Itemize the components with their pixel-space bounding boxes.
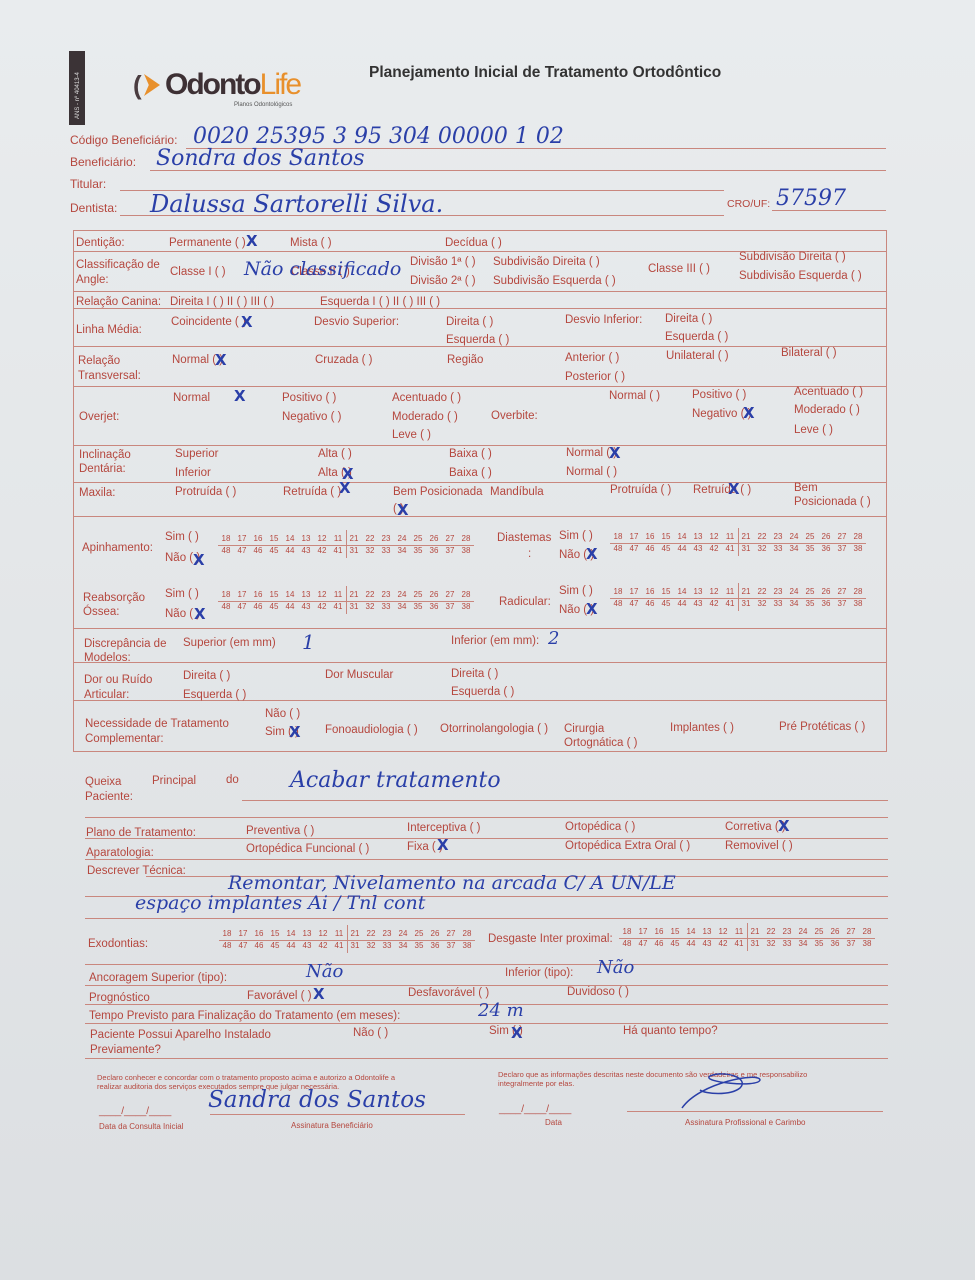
tooth-number[interactable]: 31: [347, 940, 363, 952]
divider: [85, 817, 888, 818]
dor-articular-esquerda-option[interactable]: Esquerda ( ): [183, 689, 246, 702]
tooth-number[interactable]: 48: [619, 938, 635, 950]
tooth-number[interactable]: 24: [786, 586, 802, 598]
tooth-number[interactable]: 14: [683, 926, 699, 938]
angle-div1-option[interactable]: Divisão 1ª ( ): [410, 256, 476, 269]
data-consulta-field[interactable]: ____/____/____: [99, 1105, 171, 1118]
tooth-number[interactable]: 37: [843, 938, 859, 950]
tooth-number[interactable]: 33: [770, 598, 786, 610]
tooth-number[interactable]: 42: [706, 543, 722, 555]
angle-classe3-option[interactable]: Classe III ( ): [648, 263, 710, 276]
tooth-number[interactable]: 23: [770, 586, 786, 598]
angle-sub-esq-option[interactable]: Subdivisão Esquerda ( ): [493, 275, 616, 288]
prognostico-desfavoravel-option[interactable]: Desfavorável ( ): [408, 987, 489, 1000]
tooth-number[interactable]: 37: [443, 940, 459, 952]
complementar-nao-option[interactable]: Não ( ): [265, 708, 300, 721]
overjet-label: Overjet:: [79, 411, 119, 424]
tooth-number[interactable]: 48: [610, 543, 626, 555]
tooth-number[interactable]: 28: [458, 533, 474, 545]
dentista-field[interactable]: Dalussa Sartorelli Silva.: [150, 190, 443, 218]
divider: [85, 838, 888, 839]
tooth-number[interactable]: 43: [690, 543, 706, 555]
tooth-number[interactable]: 25: [811, 926, 827, 938]
tooth-number[interactable]: 32: [363, 940, 379, 952]
cro-field[interactable]: 57597: [776, 186, 846, 211]
tooth-number[interactable]: 38: [459, 940, 475, 952]
tempo-field[interactable]: 24 m: [478, 1000, 524, 1021]
angle-classe3-sub-esq-option[interactable]: Subdivisão Esquerda ( ): [739, 270, 862, 283]
aparatologia-funcional-option[interactable]: Ortopédica Funcional ( ): [246, 843, 369, 856]
ancoragem-superior-label: Ancoragem Superior (tipo):: [89, 972, 227, 985]
desgaste-label: Desgaste Inter proximal:: [488, 933, 613, 946]
tooth-number[interactable]: 36: [426, 545, 442, 557]
tooth-number[interactable]: 46: [250, 545, 266, 557]
ancoragem-superior-field[interactable]: Não: [306, 961, 343, 982]
tooth-number[interactable]: 36: [427, 940, 443, 952]
overbite-positivo-option[interactable]: Positivo ( ): [692, 389, 746, 402]
tooth-number[interactable]: 46: [250, 601, 266, 613]
tooth-number[interactable]: 21: [347, 928, 363, 940]
divider: [85, 1023, 888, 1024]
tooth-number[interactable]: 37: [442, 601, 458, 613]
reabsorcao-sim-option[interactable]: Sim ( ): [165, 588, 199, 601]
tooth-number[interactable]: 26: [426, 589, 442, 601]
tooth-number[interactable]: 12: [315, 928, 331, 940]
tooth-number[interactable]: 15: [658, 531, 674, 543]
tooth-number[interactable]: 45: [266, 545, 282, 557]
tooth-number[interactable]: 36: [426, 601, 442, 613]
tooth-number[interactable]: 42: [706, 598, 722, 610]
tooth-number[interactable]: 24: [795, 926, 811, 938]
tooth-number[interactable]: 17: [234, 589, 250, 601]
transversal-unilateral-option[interactable]: Unilateral ( ): [666, 350, 729, 363]
tooth-number[interactable]: 21: [346, 589, 362, 601]
tooth-number[interactable]: 45: [267, 940, 283, 952]
tooth-number[interactable]: 28: [850, 586, 866, 598]
tooth-number[interactable]: 13: [690, 531, 706, 543]
tooth-number[interactable]: 11: [330, 533, 346, 545]
transversal-anterior-option[interactable]: Anterior ( ): [565, 352, 619, 365]
tooth-number[interactable]: 24: [395, 928, 411, 940]
angle-handwritten-note: Não classificado: [244, 258, 401, 280]
tooth-number[interactable]: 16: [250, 533, 266, 545]
maxila-retruida-option[interactable]: Retruída ( ): [283, 486, 341, 499]
desvio-inf-direita-option[interactable]: Direita ( ): [665, 313, 712, 326]
tooth-number[interactable]: 41: [722, 598, 738, 610]
maxila-protruida-option[interactable]: Protruída ( ): [175, 486, 236, 499]
desvio-inf-esquerda-option[interactable]: Esquerda ( ): [665, 331, 728, 344]
aparatologia-extra-oral-option[interactable]: Ortopédica Extra Oral ( ): [565, 840, 690, 853]
linha-media-coincidente-option[interactable]: Coincidente ( ): [171, 316, 246, 329]
tooth-number[interactable]: 43: [690, 598, 706, 610]
tooth-number[interactable]: 34: [395, 940, 411, 952]
tooth-number[interactable]: 44: [674, 598, 690, 610]
tooth-number[interactable]: 33: [379, 940, 395, 952]
tooth-number[interactable]: 42: [314, 601, 330, 613]
overbite-acentuado-option[interactable]: Acentuado ( ): [794, 386, 863, 399]
tecnica-line-2[interactable]: espaço implantes Ai / Tnl cont: [135, 892, 425, 914]
queixa-field[interactable]: Acabar tratamento: [290, 768, 501, 793]
data-profissional-field[interactable]: ____/____/____: [499, 1103, 571, 1116]
tooth-number[interactable]: 32: [763, 938, 779, 950]
tooth-number[interactable]: 41: [331, 940, 347, 952]
overjet-acentuado-option[interactable]: Acentuado ( ): [392, 392, 461, 405]
desgaste-teeth-chart[interactable]: 1817161514131211212223242526272848474645…: [619, 926, 875, 950]
tooth-number[interactable]: 13: [299, 928, 315, 940]
tooth-number[interactable]: 16: [251, 928, 267, 940]
prognostico-favoravel-option[interactable]: Favorável ( ): [247, 990, 312, 1003]
transversal-posterior-option[interactable]: Posterior ( ): [565, 371, 625, 384]
tooth-number[interactable]: 32: [362, 601, 378, 613]
tooth-number[interactable]: 27: [442, 533, 458, 545]
tooth-number[interactable]: 46: [251, 940, 267, 952]
tooth-number[interactable]: 46: [642, 598, 658, 610]
tooth-number[interactable]: 16: [651, 926, 667, 938]
discrepancia-superior-field[interactable]: 1: [302, 630, 315, 654]
tooth-number[interactable]: 45: [266, 601, 282, 613]
tooth-number[interactable]: 21: [747, 926, 763, 938]
tooth-number[interactable]: 14: [674, 531, 690, 543]
tooth-number[interactable]: 48: [218, 545, 234, 557]
tooth-number[interactable]: 22: [763, 926, 779, 938]
tooth-number[interactable]: 32: [362, 545, 378, 557]
aparelho-label: Paciente Possui Aparelho Instalado: [90, 1029, 271, 1042]
tooth-number[interactable]: 47: [626, 543, 642, 555]
inclinacao-sup-alta-option[interactable]: Alta ( ): [318, 448, 352, 461]
logo-arrow-icon: [144, 74, 160, 96]
tooth-number[interactable]: 43: [298, 601, 314, 613]
tooth-number[interactable]: 44: [283, 940, 299, 952]
desvio-inferior-label: Desvio Inferior:: [565, 314, 642, 327]
assinatura-beneficiario-label: Assinatura Beneficiário: [291, 1119, 373, 1132]
tooth-number[interactable]: 48: [218, 601, 234, 613]
plano-corretiva-option[interactable]: Corretiva ( ): [725, 821, 786, 834]
tooth-number[interactable]: 37: [442, 545, 458, 557]
desvio-sup-direita-option[interactable]: Direita ( ): [446, 316, 493, 329]
tooth-number[interactable]: 33: [378, 601, 394, 613]
denticao-decidua-option[interactable]: Decídua ( ): [445, 237, 502, 250]
reabsorcao-teeth-chart[interactable]: 1817161514131211212223242526272848474645…: [218, 589, 474, 613]
maxila-label: Maxila:: [79, 487, 115, 500]
angle-sub-dir-option[interactable]: Subdivisão Direita ( ): [493, 256, 600, 269]
tooth-number[interactable]: 24: [394, 589, 410, 601]
tooth-number[interactable]: 17: [234, 533, 250, 545]
inclinacao-sup-baixa-option[interactable]: Baixa ( ): [449, 448, 492, 461]
tooth-number[interactable]: 42: [315, 940, 331, 952]
angle-classe1-option[interactable]: Classe I ( ): [170, 266, 226, 279]
tooth-number[interactable]: 18: [218, 589, 234, 601]
overjet-moderado-option[interactable]: Moderado ( ): [392, 411, 458, 424]
tooth-number[interactable]: 35: [410, 545, 426, 557]
tooth-number[interactable]: 15: [667, 926, 683, 938]
tooth-number[interactable]: 34: [795, 938, 811, 950]
overbite-normal-option[interactable]: Normal ( ): [609, 390, 660, 403]
tooth-number[interactable]: 15: [266, 533, 282, 545]
tooth-number[interactable]: 18: [218, 533, 234, 545]
assinatura-beneficiario-field[interactable]: Sandra dos Santos: [208, 1087, 426, 1113]
tooth-number[interactable]: 26: [426, 533, 442, 545]
denticao-mista-option[interactable]: Mista ( ): [290, 237, 332, 250]
tooth-number[interactable]: 27: [843, 926, 859, 938]
tooth-number[interactable]: 27: [443, 928, 459, 940]
tooth-number[interactable]: 44: [282, 601, 298, 613]
tooth-number[interactable]: 23: [378, 533, 394, 545]
tooth-number[interactable]: 25: [802, 586, 818, 598]
diastemas-teeth-chart[interactable]: 1817161514131211212223242526272848474645…: [610, 531, 866, 555]
tooth-number[interactable]: 32: [754, 543, 770, 555]
tooth-number[interactable]: 16: [642, 586, 658, 598]
tooth-number[interactable]: 16: [250, 589, 266, 601]
tooth-number[interactable]: 13: [298, 533, 314, 545]
plano-ortopedica-option[interactable]: Ortopédica ( ): [565, 821, 635, 834]
tooth-number[interactable]: 18: [219, 928, 235, 940]
tooth-number[interactable]: 42: [314, 545, 330, 557]
tooth-number[interactable]: 33: [779, 938, 795, 950]
tooth-number[interactable]: 35: [411, 940, 427, 952]
tooth-number[interactable]: 13: [690, 586, 706, 598]
tooth-number[interactable]: 41: [722, 543, 738, 555]
apinhamento-teeth-chart[interactable]: 1817161514131211212223242526272848474645…: [218, 533, 474, 557]
tooth-number[interactable]: 41: [330, 601, 346, 613]
pre-proteticas-option[interactable]: Pré Protéticas ( ): [779, 721, 865, 734]
radicular-teeth-chart[interactable]: 1817161514131211212223242526272848474645…: [610, 586, 866, 610]
tooth-number[interactable]: 24: [786, 531, 802, 543]
tooth-number[interactable]: 25: [410, 589, 426, 601]
tooth-number[interactable]: 24: [394, 533, 410, 545]
tooth-number[interactable]: 15: [267, 928, 283, 940]
tooth-number[interactable]: 38: [458, 545, 474, 557]
check-mark-icon: X: [246, 234, 258, 249]
tooth-number[interactable]: 35: [811, 938, 827, 950]
exodontias-teeth-chart[interactable]: 1817161514131211212223242526272848474645…: [219, 928, 475, 952]
tooth-number[interactable]: 34: [786, 543, 802, 555]
tooth-number[interactable]: 28: [459, 928, 475, 940]
tooth-number[interactable]: 27: [442, 589, 458, 601]
tooth-number[interactable]: 26: [818, 531, 834, 543]
page-title: Planejamento Inicial de Tratamento Ortod…: [369, 64, 721, 82]
tooth-number[interactable]: 17: [626, 586, 642, 598]
aparatologia-removivel-option[interactable]: Removivel ( ): [725, 840, 793, 853]
tooth-number[interactable]: 43: [298, 545, 314, 557]
tooth-number[interactable]: 11: [731, 926, 747, 938]
tooth-number[interactable]: 12: [715, 926, 731, 938]
tooth-number[interactable]: 12: [314, 589, 330, 601]
tooth-number[interactable]: 31: [346, 601, 362, 613]
tooth-number[interactable]: 34: [394, 545, 410, 557]
maxila-bem-posicionada-option[interactable]: Bem Posicionada: [393, 486, 483, 499]
transversal-cruzada-option[interactable]: Cruzada ( ): [315, 354, 373, 367]
overjet-normal-option[interactable]: Normal: [173, 392, 210, 405]
tooth-number[interactable]: 38: [850, 543, 866, 555]
tooth-number[interactable]: 44: [683, 938, 699, 950]
tooth-number[interactable]: 38: [850, 598, 866, 610]
tooth-number[interactable]: 44: [674, 543, 690, 555]
tooth-number[interactable]: 18: [610, 531, 626, 543]
tooth-number[interactable]: 14: [283, 928, 299, 940]
overbite-leve-option[interactable]: Leve ( ): [794, 424, 833, 437]
tooth-number[interactable]: 15: [658, 586, 674, 598]
tooth-number[interactable]: 34: [394, 601, 410, 613]
tooth-number[interactable]: 46: [651, 938, 667, 950]
tooth-number[interactable]: 31: [738, 543, 754, 555]
tooth-number[interactable]: 16: [642, 531, 658, 543]
tooth-number[interactable]: 11: [722, 531, 738, 543]
tooth-number[interactable]: 36: [827, 938, 843, 950]
implantes-option[interactable]: Implantes ( ): [670, 722, 734, 735]
canina-esquerda-options[interactable]: Esquerda I ( ) II ( ) III ( ): [320, 296, 440, 309]
divider: [120, 215, 724, 216]
tooth-number[interactable]: 43: [699, 938, 715, 950]
ancoragem-inferior-field[interactable]: Não: [597, 957, 634, 978]
tooth-number[interactable]: 26: [427, 928, 443, 940]
overbite-moderado-option[interactable]: Moderado ( ): [794, 404, 860, 417]
prognostico-duvidoso-option[interactable]: Duvidoso ( ): [567, 986, 629, 999]
radicular-sim-option[interactable]: Sim ( ): [559, 585, 593, 598]
mandibula-protruida-option[interactable]: Protruída ( ): [610, 484, 671, 497]
tooth-number[interactable]: 11: [331, 928, 347, 940]
tooth-number[interactable]: 12: [706, 586, 722, 598]
tooth-number[interactable]: 36: [818, 543, 834, 555]
plano-preventiva-option[interactable]: Preventiva ( ): [246, 825, 314, 838]
tooth-number[interactable]: 23: [379, 928, 395, 940]
tooth-number[interactable]: 35: [802, 598, 818, 610]
tooth-number[interactable]: 17: [626, 531, 642, 543]
tooth-number[interactable]: 22: [754, 586, 770, 598]
tooth-number[interactable]: 22: [754, 531, 770, 543]
discrepancia-inferior-field[interactable]: 2: [548, 628, 559, 649]
tooth-number[interactable]: 33: [770, 543, 786, 555]
tooth-number[interactable]: 22: [363, 928, 379, 940]
tooth-number[interactable]: 12: [706, 531, 722, 543]
tooth-number[interactable]: 32: [754, 598, 770, 610]
tooth-number[interactable]: 26: [818, 586, 834, 598]
tooth-number[interactable]: 27: [834, 586, 850, 598]
tooth-number[interactable]: 17: [235, 928, 251, 940]
tooth-number[interactable]: 17: [635, 926, 651, 938]
tooth-number[interactable]: 15: [266, 589, 282, 601]
tooth-number[interactable]: 13: [699, 926, 715, 938]
divider: [73, 291, 886, 292]
tooth-number[interactable]: 18: [610, 586, 626, 598]
tooth-number[interactable]: 25: [410, 533, 426, 545]
tooth-number[interactable]: 38: [859, 938, 875, 950]
check-mark-icon: X: [234, 389, 246, 404]
tooth-number[interactable]: 28: [850, 531, 866, 543]
tooth-number[interactable]: 14: [282, 533, 298, 545]
dor-muscular-esquerda-option[interactable]: Esquerda ( ): [451, 686, 514, 699]
tooth-number[interactable]: 34: [786, 598, 802, 610]
tooth-number[interactable]: 31: [738, 598, 754, 610]
tooth-number[interactable]: 27: [834, 531, 850, 543]
tooth-number[interactable]: 13: [298, 589, 314, 601]
tooth-number[interactable]: 45: [658, 543, 674, 555]
tooth-number[interactable]: 45: [667, 938, 683, 950]
angle-div2-option[interactable]: Divisão 2ª ( ): [410, 275, 476, 288]
tooth-number[interactable]: 35: [410, 601, 426, 613]
tooth-number[interactable]: 14: [674, 586, 690, 598]
tooth-number[interactable]: 21: [738, 586, 754, 598]
tooth-number[interactable]: 35: [802, 543, 818, 555]
transversal-bilateral-option[interactable]: Bilateral ( ): [781, 347, 837, 360]
desvio-sup-esquerda-option[interactable]: Esquerda ( ): [446, 334, 509, 347]
tooth-number[interactable]: 47: [234, 545, 250, 557]
tooth-number[interactable]: 45: [658, 598, 674, 610]
tooth-number[interactable]: 37: [834, 543, 850, 555]
mandibula-bem-posicionada-option[interactable]: Posicionada ( ): [794, 496, 871, 509]
tooth-number[interactable]: 36: [818, 598, 834, 610]
tecnica-line-1[interactable]: Remontar, Nivelamento na arcada C/ A UN/…: [228, 872, 676, 894]
assinatura-profissional-signature[interactable]: [670, 1062, 770, 1112]
plano-interceptiva-option[interactable]: Interceptiva ( ): [407, 822, 481, 835]
tooth-number[interactable]: 22: [362, 533, 378, 545]
mandibula-retruida-option[interactable]: Retruída ( ): [693, 484, 751, 497]
cirurgia-ortognatica-option[interactable]: Ortognática ( ): [564, 737, 638, 750]
dor-articular-direita-option[interactable]: Direita ( ): [183, 670, 230, 683]
tooth-number[interactable]: 12: [314, 533, 330, 545]
angle-classe3-sub-dir-option[interactable]: Subdivisão Direita ( ): [739, 251, 846, 264]
tooth-number[interactable]: 37: [834, 598, 850, 610]
tooth-number[interactable]: 11: [722, 586, 738, 598]
tooth-number[interactable]: 42: [715, 938, 731, 950]
tooth-number[interactable]: 21: [738, 531, 754, 543]
overjet-leve-option[interactable]: Leve ( ): [392, 429, 431, 442]
inclinacao-inf-normal-option[interactable]: Normal ( ): [566, 466, 617, 479]
tooth-number[interactable]: 31: [346, 545, 362, 557]
tooth-number[interactable]: 47: [626, 598, 642, 610]
tooth-number[interactable]: 44: [282, 545, 298, 557]
tooth-number[interactable]: 47: [235, 940, 251, 952]
canina-direita-options[interactable]: Direita I ( ) II ( ) III ( ): [170, 296, 274, 309]
tooth-number[interactable]: 28: [859, 926, 875, 938]
tooth-number[interactable]: 31: [747, 938, 763, 950]
tooth-number[interactable]: 21: [346, 533, 362, 545]
overjet-positivo-option[interactable]: Positivo ( ): [282, 392, 336, 405]
denticao-label: Dentição:: [76, 237, 125, 250]
tooth-number[interactable]: 23: [779, 926, 795, 938]
inclinacao-inf-baixa-option[interactable]: Baixa ( ): [449, 467, 492, 480]
overjet-negativo-option[interactable]: Negativo ( ): [282, 411, 341, 424]
tooth-number[interactable]: 18: [619, 926, 635, 938]
tooth-number[interactable]: 14: [282, 589, 298, 601]
diastemas-sim-option[interactable]: Sim ( ): [559, 530, 593, 543]
denticao-permanente-option[interactable]: Permanente ( ): [169, 237, 246, 250]
apinhamento-sim-option[interactable]: Sim ( ): [165, 531, 199, 544]
tooth-number[interactable]: 28: [458, 589, 474, 601]
beneficiario-field[interactable]: Sondra dos Santos: [156, 146, 365, 171]
aparelho-nao-option[interactable]: Não ( ): [353, 1027, 388, 1040]
tooth-number[interactable]: 47: [635, 938, 651, 950]
tooth-number[interactable]: 47: [234, 601, 250, 613]
tooth-number[interactable]: 41: [731, 938, 747, 950]
tooth-number[interactable]: 48: [219, 940, 235, 952]
tooth-number[interactable]: 46: [642, 543, 658, 555]
tooth-number[interactable]: 22: [362, 589, 378, 601]
tooth-number[interactable]: 33: [378, 545, 394, 557]
tooth-number[interactable]: 48: [610, 598, 626, 610]
tooth-number[interactable]: 11: [330, 589, 346, 601]
tooth-number[interactable]: 23: [770, 531, 786, 543]
otorrino-option[interactable]: Otorrinolangologia ( ): [440, 723, 548, 736]
fonoaudiologia-option[interactable]: Fonoaudiologia ( ): [325, 724, 418, 737]
tooth-number[interactable]: 25: [411, 928, 427, 940]
tooth-number[interactable]: 41: [330, 545, 346, 557]
tooth-number[interactable]: 43: [299, 940, 315, 952]
tooth-number[interactable]: 38: [458, 601, 474, 613]
tooth-number[interactable]: 26: [827, 926, 843, 938]
dor-muscular-direita-option[interactable]: Direita ( ): [451, 668, 498, 681]
tooth-number[interactable]: 25: [802, 531, 818, 543]
tooth-number[interactable]: 23: [378, 589, 394, 601]
